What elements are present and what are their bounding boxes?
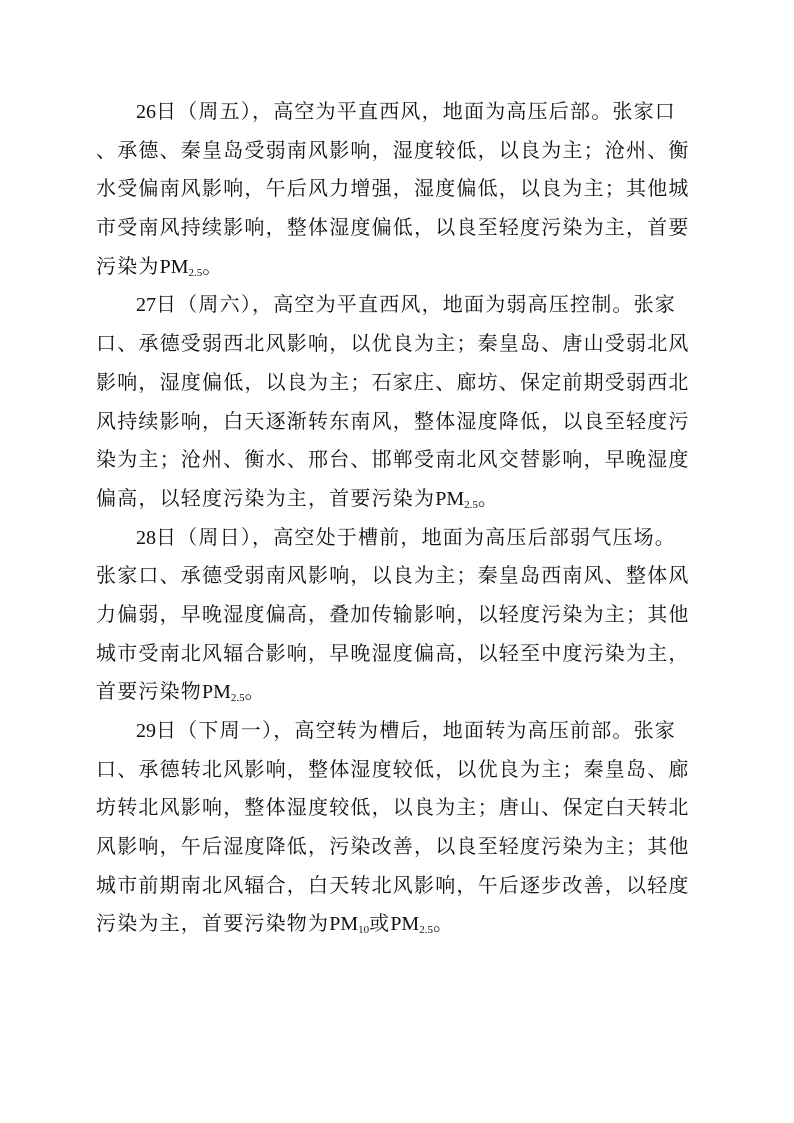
day-number: 28 xyxy=(136,527,156,549)
pollutant-subscript: 2.5 xyxy=(189,267,203,279)
paragraph-line: 偏高，以轻度污染为主，首要污染为PM2.5。 xyxy=(96,479,704,518)
paragraph-line: 城市前期南北风辐合，白天转北风影响，午后逐步改善，以轻度 xyxy=(96,866,704,905)
paragraph-line: 坊转北风影响，整体湿度较低，以良为主；唐山、保定白天转北 xyxy=(96,788,704,827)
paragraph-line: 29日（下周一），高空转为槽后，地面转为高压前部。张家 xyxy=(96,711,704,750)
pollutant-name: PM xyxy=(435,488,464,510)
pollutant-subscript: 2.5 xyxy=(419,924,433,936)
paragraph-line: 口、承德受弱西北风影响，以优良为主；秦皇岛、唐山受弱北风 xyxy=(96,324,704,363)
paragraph-line: 力偏弱，早晚湿度偏高，叠加传输影响，以轻度污染为主；其他 xyxy=(96,595,704,634)
day-number: 26 xyxy=(136,101,156,123)
pollutant-subscript: 2.5 xyxy=(464,499,478,511)
pollutant-name: PM xyxy=(160,256,189,278)
paragraph-line: 、承德、秦皇岛受弱南风影响，湿度较低，以良为主；沧州、衡 xyxy=(96,131,704,170)
pollutant-name: PM xyxy=(202,681,231,703)
forecast-paragraph-27: 27日（周六），高空为平直西风，地面为弱高压控制。张家 口、承德受弱西北风影响，… xyxy=(96,285,704,517)
day-number: 29 xyxy=(136,720,156,742)
paragraph-line: 城市受南北风辐合影响，早晚湿度偏高，以轻至中度污染为主， xyxy=(96,634,704,673)
pollutant-subscript: 10 xyxy=(358,924,369,936)
forecast-paragraph-28: 28日（周日），高空处于槽前，地面为高压后部弱气压场。 张家口、承德受弱南风影响… xyxy=(96,518,704,711)
paragraph-line: 水受偏南风影响，午后风力增强，湿度偏低，以良为主；其他城 xyxy=(96,169,704,208)
paragraph-line: 26日（周五），高空为平直西风，地面为高压后部。张家口 xyxy=(96,92,704,131)
paragraph-line: 染为主；沧州、衡水、邢台、邯郸受南北风交替影响，早晚湿度 xyxy=(96,440,704,479)
pollutant-subscript: 2.5 xyxy=(231,692,245,704)
forecast-paragraph-29: 29日（下周一），高空转为槽后，地面转为高压前部。张家 口、承德转北风影响，整体… xyxy=(96,711,704,943)
paragraph-line: 28日（周日），高空处于槽前，地面为高压后部弱气压场。 xyxy=(96,518,704,557)
paragraph-line: 污染为PM2.5。 xyxy=(96,247,704,286)
day-number: 27 xyxy=(136,294,156,316)
paragraph-line: 污染为主，首要污染物为PM10或PM2.5。 xyxy=(96,904,704,943)
paragraph-line: 张家口、承德受弱南风影响，以良为主；秦皇岛西南风、整体风 xyxy=(96,556,704,595)
paragraph-line: 风影响，午后湿度降低，污染改善，以良至轻度污染为主；其他 xyxy=(96,827,704,866)
paragraph-line: 风持续影响，白天逐渐转东南风，整体湿度降低，以良至轻度污 xyxy=(96,402,704,441)
paragraph-line: 市受南风持续影响，整体湿度偏低，以良至轻度污染为主，首要 xyxy=(96,208,704,247)
pollutant-name: PM xyxy=(390,913,419,935)
paragraph-line: 影响，湿度偏低，以良为主；石家庄、廊坊、保定前期受弱西北 xyxy=(96,363,704,402)
document-page: 26日（周五），高空为平直西风，地面为高压后部。张家口 、承德、秦皇岛受弱南风影… xyxy=(96,92,704,943)
paragraph-line: 首要污染物PM2.5。 xyxy=(96,672,704,711)
paragraph-line: 口、承德转北风影响，整体湿度较低，以优良为主；秦皇岛、廊 xyxy=(96,750,704,789)
paragraph-line: 27日（周六），高空为平直西风，地面为弱高压控制。张家 xyxy=(96,285,704,324)
pollutant-name: PM xyxy=(329,913,358,935)
forecast-paragraph-26: 26日（周五），高空为平直西风，地面为高压后部。张家口 、承德、秦皇岛受弱南风影… xyxy=(96,92,704,285)
